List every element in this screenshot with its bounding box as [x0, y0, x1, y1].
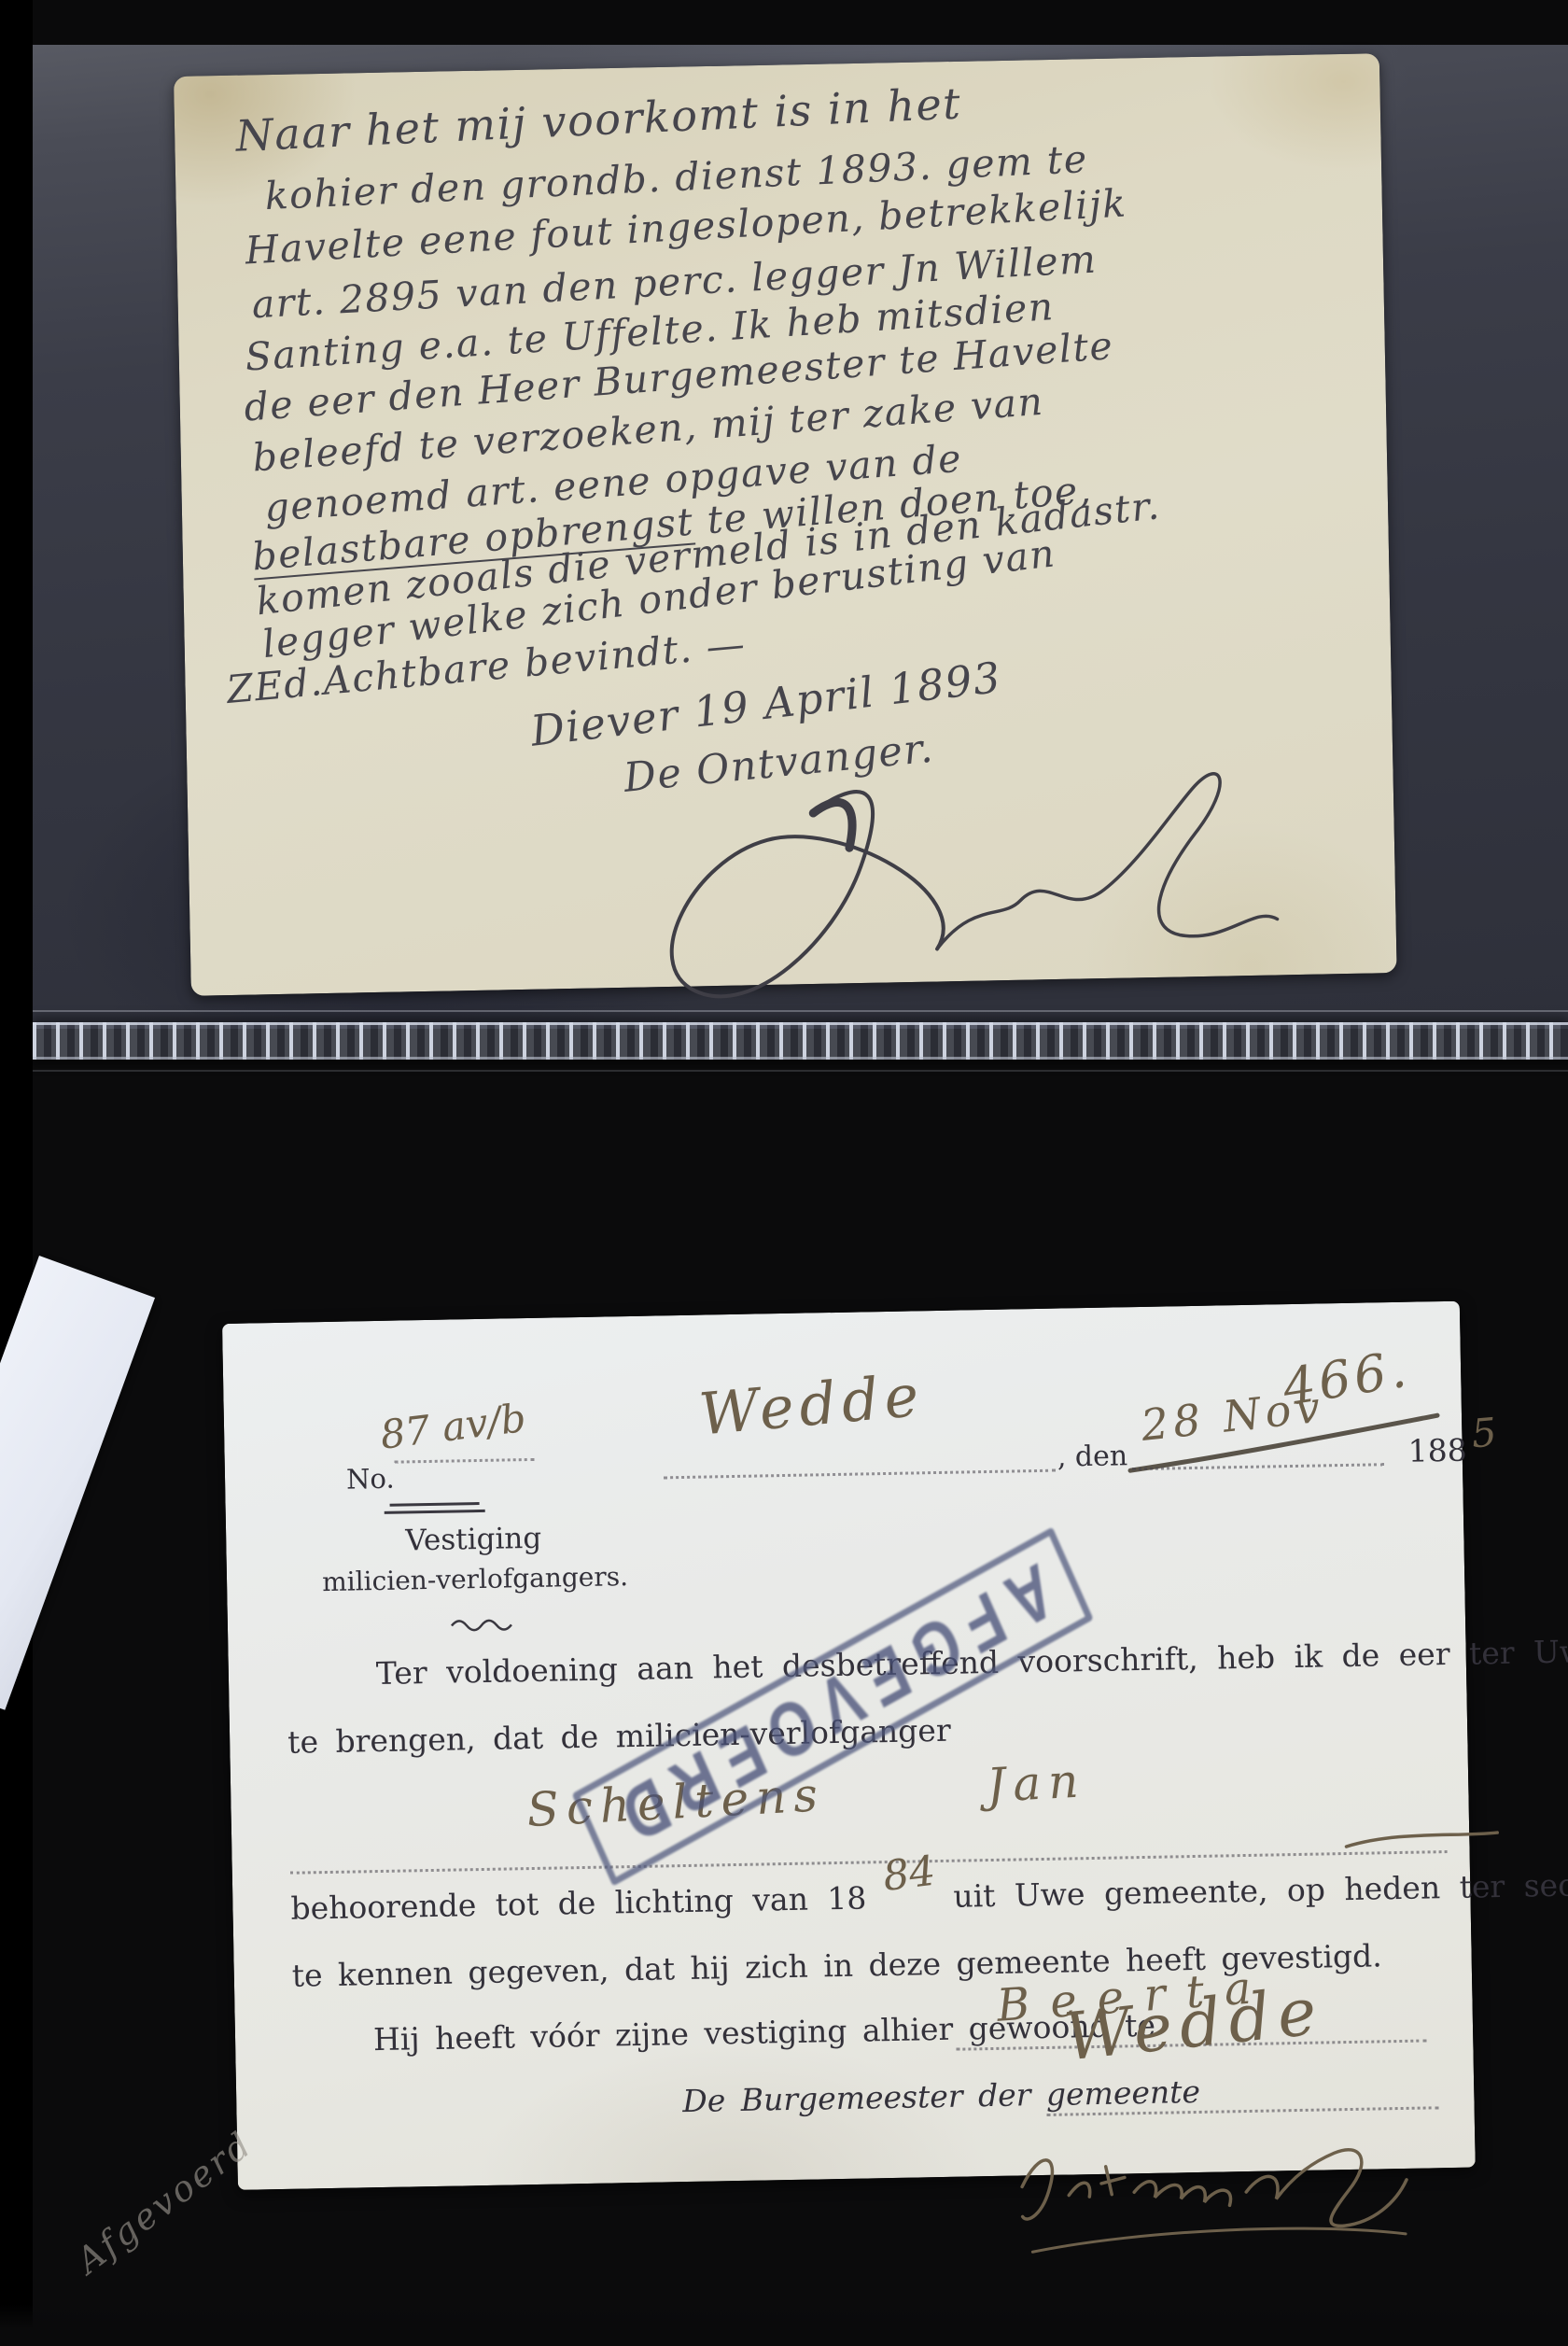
no-label: No.	[346, 1463, 395, 1496]
sleeve-edge-line	[33, 1070, 1568, 1072]
background-bottom-band	[0, 2304, 1568, 2346]
place-dotted-line	[664, 1469, 1056, 1480]
burgemeester-signature	[1002, 2124, 1415, 2262]
year-printed: 188	[1407, 1432, 1467, 1469]
subject-line1: Vestiging	[366, 1521, 581, 1558]
handwritten-letter-card: Naar het mij voorkomt is in het kohier d…	[174, 53, 1397, 996]
subject-line2: milicien-verlofgangers.	[307, 1561, 644, 1598]
no-value: 87 av/b	[378, 1395, 528, 1458]
place-value: Wedde	[696, 1361, 927, 1449]
printed-form-card: 466. No. 87 av/b Wedde , den 28 Nov 188 …	[222, 1301, 1476, 2190]
album-page-photo: Naar het mij voorkomt is in het kohier d…	[0, 0, 1568, 2346]
no-dotted-line	[395, 1458, 535, 1464]
subject-squiggle	[450, 1615, 515, 1631]
afgevoerd-stamp: AFGEVOERD	[572, 1527, 1094, 1887]
name-end-stroke	[1342, 1823, 1502, 1854]
background-top-band	[0, 0, 1568, 45]
no-double-rule	[385, 1510, 485, 1514]
den-label: , den	[1057, 1440, 1127, 1473]
body2-prefix: behoorende tot de lichting van 18	[290, 1879, 867, 1926]
lichting-value: 84	[880, 1847, 938, 1901]
no-double-rule	[390, 1502, 480, 1507]
signature-van-barneveld	[579, 746, 1294, 1040]
background-left-band	[0, 0, 33, 2346]
year-value: 5	[1470, 1409, 1499, 1456]
name-dotted-line	[290, 1850, 1448, 1875]
